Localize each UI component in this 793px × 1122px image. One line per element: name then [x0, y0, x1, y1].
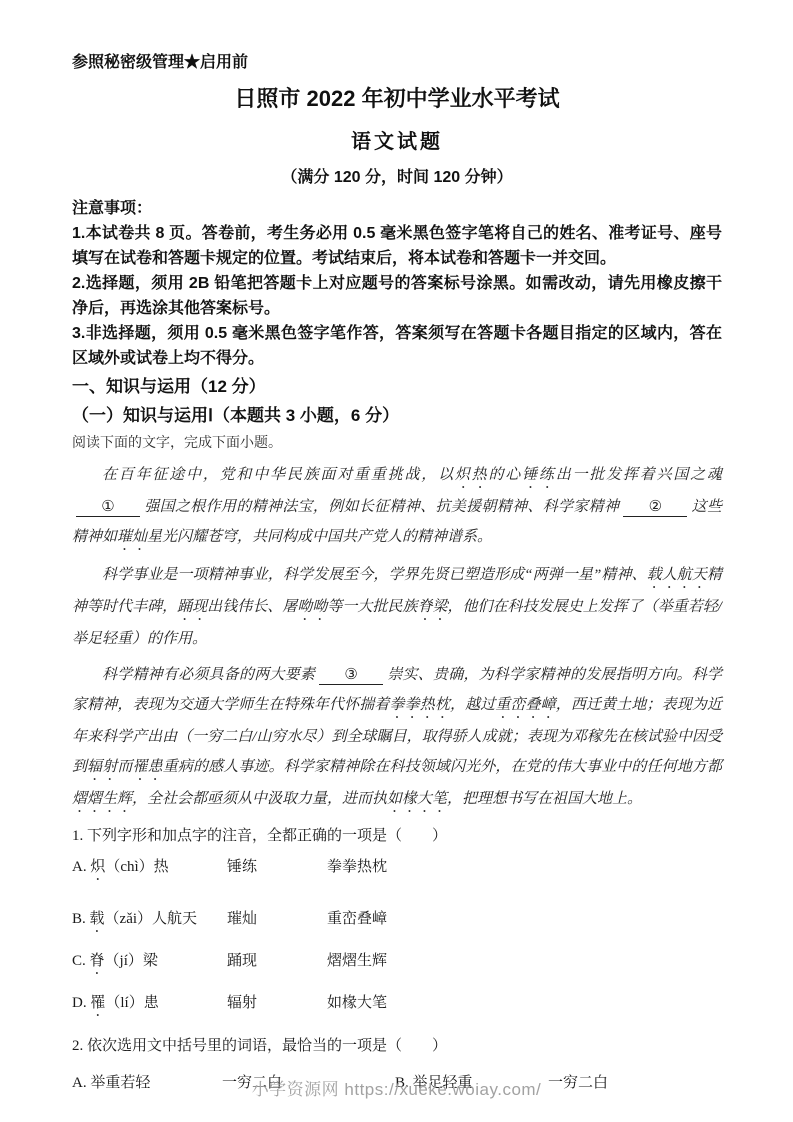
- passage-text: 科学精神有必须具备的两大要素: [102, 667, 315, 683]
- question-1-stem: 1. 下列字形和加点字的注音，全都正确的一项是（ ）: [72, 824, 722, 848]
- emphasized-word: 载人航天: [647, 567, 707, 583]
- emphasized-word: 璀灿: [117, 529, 147, 545]
- dotted-char: 载: [90, 911, 105, 927]
- emphasized-word: 重峦叠嶂: [495, 697, 555, 713]
- passage-text: 强国之根作用的精神法宝，例如长征精神、抗美援朝精神、科学家精神: [144, 499, 619, 515]
- emphasized-word: 拳拳热枕: [389, 697, 449, 713]
- passage-text: ，全社会都亟须从中汲取力量，进而执: [132, 791, 387, 807]
- pinyin-and-rest: （lí）患: [105, 995, 158, 1011]
- emphasized-word: 如椽大笔: [387, 791, 447, 807]
- passage-text: 出一批发挥着兴国之魂: [556, 467, 722, 483]
- passage-paragraph-3: 科学精神有必须具备的两大要素③崇实、贵确，为科学家精神的发展指明方向。科学家精神…: [72, 660, 722, 816]
- question-2-stem: 2. 依次选用文中括号里的词语，最恰当的一项是（ ）: [72, 1034, 722, 1058]
- passage-text: ，把理想书写在祖国大地上。: [447, 791, 642, 807]
- section-heading-part1: 一、知识与运用（12 分）: [72, 373, 722, 400]
- fill-in-blank-3: ③: [319, 667, 383, 685]
- passage-paragraph-2: 科学事业是一项精神事业，科学发展至今，学界先贤已塑造形成“两弹一星”精神、载人航…: [72, 560, 722, 654]
- exam-page: 参照秘密级管理★启用前 日照市 2022 年初中学业水平考试 语文试题 （满分 …: [0, 0, 793, 1122]
- passage-text: 科学事业是一项精神事业，科学发展至今，学界先贤已塑造形成“两弹一星”精神、: [102, 567, 647, 583]
- passage-text: ，越过: [450, 697, 495, 713]
- q1-option-b-word1: B. 载（zǎi）人航天: [72, 908, 227, 936]
- option-label: C.: [72, 953, 86, 969]
- dotted-char: 脊: [90, 953, 105, 969]
- classification-banner: 参照秘密级管理★启用前: [72, 52, 722, 74]
- passage-text: 在百年征途中，党和中华民族面对重重挑战，以: [102, 467, 455, 483]
- footer-watermark: 小学资源网 https://xueke.woiay.com/: [0, 1075, 793, 1100]
- passage-text: 出钱伟长、屠: [207, 599, 297, 615]
- q1-option-c-word3: 熠熠生辉: [327, 950, 722, 978]
- q1-option-a-word3: 拳拳热枕: [327, 856, 722, 884]
- question-1-options: A. 炽（chì）热 锤练 拳拳热枕 B. 载（zǎi）人航天 璀灿 重峦叠嶂 …: [72, 856, 722, 1020]
- q1-option-a-word2: 锤练: [227, 856, 327, 884]
- pinyin-and-rest: （chì）热: [105, 859, 168, 875]
- q1-option-b: B. 载（zǎi）人航天 璀灿 重峦叠嶂: [72, 908, 722, 936]
- pinyin-and-rest: （jí）梁: [105, 953, 158, 969]
- notice-item-2: 2.选择题，须用 2B 铅笔把答题卡上对应题号的答案标号涂黑。如需改动，请先用橡…: [72, 271, 722, 321]
- q1-option-d-word2: 辐射: [227, 992, 327, 1020]
- subsection-heading-part1-1: （一）知识与运用Ⅰ（本题共 3 小题，6 分）: [72, 402, 722, 429]
- q1-option-c-word2: 踊现: [227, 950, 327, 978]
- passage-paragraph-1: 在百年征途中，党和中华民族面对重重挑战，以炽热的心锤练出一批发挥着兴国之魂①强国…: [72, 460, 722, 554]
- dotted-char: 罹: [90, 995, 105, 1011]
- emphasized-word: 熠熠生辉: [72, 791, 132, 807]
- q1-option-d-word1: D. 罹（lí）患: [72, 992, 227, 1020]
- notice-item-1: 1.本试卷共 8 页。答卷前，考生务必用 0.5 毫米黑色签字笔将自己的姓名、准…: [72, 221, 722, 271]
- passage-text: 而: [117, 759, 132, 775]
- notice-item-3: 3.非选择题，须用 0.5 毫米黑色签字笔作答，答案须写在答题卡各题目指定的区域…: [72, 321, 722, 371]
- fill-in-blank-2: ②: [623, 499, 687, 517]
- option-label: D.: [72, 995, 87, 1011]
- passage-text: 等一大批民族: [327, 599, 417, 615]
- q1-option-d: D. 罹（lí）患 辐射 如椽大笔: [72, 992, 722, 1020]
- exam-subject-title: 语文试题: [72, 128, 722, 156]
- emphasized-word: 罹患: [133, 759, 163, 775]
- notice-section: 注意事项： 1.本试卷共 8 页。答卷前，考生务必用 0.5 毫米黑色签字笔将自…: [72, 196, 722, 371]
- exam-score-time: （满分 120 分，时间 120 分钟）: [72, 166, 722, 190]
- fill-in-blank-1: ①: [76, 499, 140, 517]
- q1-option-c-word1: C. 脊（jí）梁: [72, 950, 227, 978]
- notice-heading: 注意事项：: [72, 196, 722, 221]
- reading-prompt: 阅读下面的文字，完成下面小题。: [72, 432, 722, 456]
- option-label: A.: [72, 859, 87, 875]
- option-label: B.: [72, 911, 86, 927]
- emphasized-word: 辐射: [87, 759, 117, 775]
- exam-title: 日照市 2022 年初中学业水平考试: [72, 84, 722, 114]
- q1-option-c: C. 脊（jí）梁 踊现 熠熠生辉: [72, 950, 722, 978]
- pinyin-and-rest: （zǎi）人航天: [105, 911, 197, 927]
- emphasized-word: 脊梁: [417, 599, 447, 615]
- passage-text: 星光闪耀苍穹，共同构成中国共产党人的精神谱系。: [147, 529, 492, 545]
- q1-option-b-word3: 重峦叠嶂: [327, 908, 722, 936]
- dotted-char: 炽: [90, 859, 105, 875]
- footer-site-url[interactable]: 小学资源网 https://xueke.woiay.com/: [252, 1080, 542, 1099]
- passage-text: 的心: [488, 467, 522, 483]
- emphasized-word: 踊现: [177, 599, 207, 615]
- q1-option-a-word1: A. 炽（chì）热: [72, 856, 227, 884]
- emphasized-word: 呦呦: [297, 599, 327, 615]
- emphasized-word: 炽热: [455, 467, 489, 483]
- passage-text: 重病的感人事迹。科学家精神除在科技领域闪光外，在党的伟大事业中的任何地方都: [163, 759, 722, 775]
- q1-option-d-word3: 如椽大笔: [327, 992, 722, 1020]
- emphasized-word: 锤练: [522, 467, 556, 483]
- q1-option-a: A. 炽（chì）热 锤练 拳拳热枕: [72, 856, 722, 884]
- q1-option-b-word2: 璀灿: [227, 908, 327, 936]
